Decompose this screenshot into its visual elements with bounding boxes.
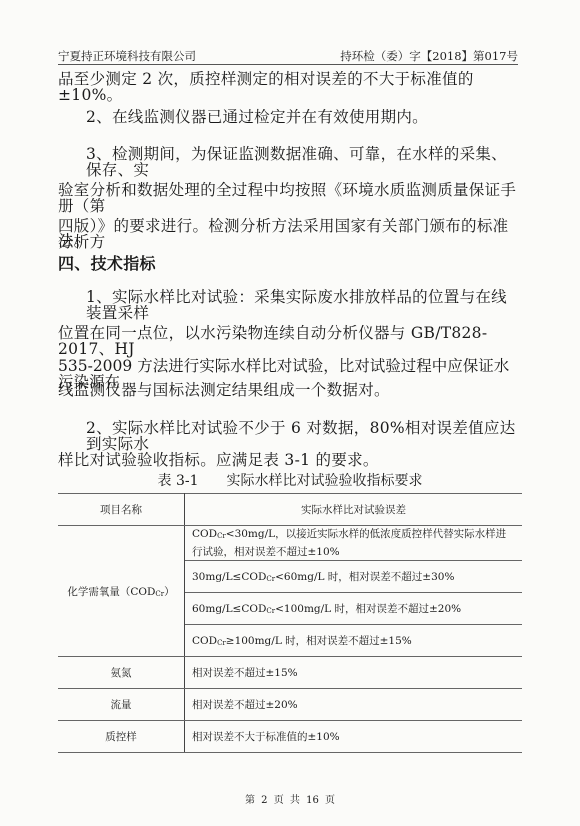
cod-row-1: CODCr<30mg/L，以接近实际水样的低浓度质控样代替实际水样进行试验，相对… [185,526,523,561]
section-heading: 四、技术指标 [58,256,520,272]
paragraph-3-line-2: 验室分析和数据处理的全过程中均按照《环境水质监测质量保证手册（第 [58,182,520,214]
paragraph-4-line-2: 位置在同一点位，以水污染物连续自动分析仪器与 GB/T828-2017、HJ [58,325,520,357]
cod-row-4: CODCr≥100mg/L 时，相对误差不超过±15% [185,625,523,657]
row-name-ammonia: 氨氮 [58,657,185,689]
paragraph-4-line-1: 1、实际水样比对试验：采集实际废水排放样品的位置与在线装置采样 [86,289,520,321]
table-header-row: 项目名称 实际水样比对试验误差 [58,494,522,526]
table-row: 质控样 相对误差不大于标准值的±10% [58,721,522,753]
paragraph-5-line-2: 样比对试验验收指标。应满足表 3-1 的要求。 [58,452,520,468]
paragraph-5-line-1: 2、实际水样比对试验不少于 6 对数据，80%相对误差值应达到实际水 [86,420,520,452]
table-row: 氨氮 相对误差不超过±15% [58,657,522,689]
paragraph-4-line-4: 线监测仪器与国标法测定结果组成一个数据对。 [58,382,520,398]
cod-row-2: 30mg/L≤CODCr<60mg/L 时，相对误差不超过±30% [185,561,523,593]
paragraph-2: 2、在线监测仪器已通过检定并在有效使用期内。 [86,109,520,125]
table-row: 化学需氧量（CODCr） CODCr<30mg/L，以接近实际水样的低浓度质控样… [58,526,522,561]
header-doc-number: 持环检（委）字【2018】第017号 [340,48,518,64]
table-caption: 表 3-1实际水样比对试验验收指标要求 [0,470,580,490]
cod-row-3: 60mg/L≤CODCr<100mg/L 时，相对误差不超过±20% [185,593,523,625]
row-value-ammonia: 相对误差不超过±15% [185,657,523,689]
row-name-qc-sample: 质控样 [58,721,185,753]
table-caption-title: 实际水样比对试验验收指标要求 [227,473,423,489]
header-item-name: 项目名称 [58,494,185,526]
paragraph-3-line-4: 法。 [58,233,520,249]
header-error: 实际水样比对试验误差 [185,494,523,526]
header-company: 宁夏持正环境科技有限公司 [58,48,196,64]
row-value-qc-sample: 相对误差不大于标准值的±10% [185,721,523,753]
paragraph-continued: 品至少测定 2 次，质控样测定的相对误差的不大于标准值的±10%。 [58,71,520,103]
table-caption-number: 表 3-1 [158,473,199,489]
paragraph-3-line-1: 3、检测期间，为保证监测数据准确、可靠，在水样的采集、保存、实 [86,146,520,178]
header-rule [58,64,518,65]
page-number: 第 2 页 共 16 页 [0,791,580,806]
cod-label: 化学需氧量（CODCr） [58,526,185,657]
row-value-flow: 相对误差不超过±20% [185,689,523,721]
row-name-flow: 流量 [58,689,185,721]
acceptance-criteria-table: 项目名称 实际水样比对试验误差 化学需氧量（CODCr） CODCr<30mg/… [58,493,522,753]
table-row: 流量 相对误差不超过±20% [58,689,522,721]
